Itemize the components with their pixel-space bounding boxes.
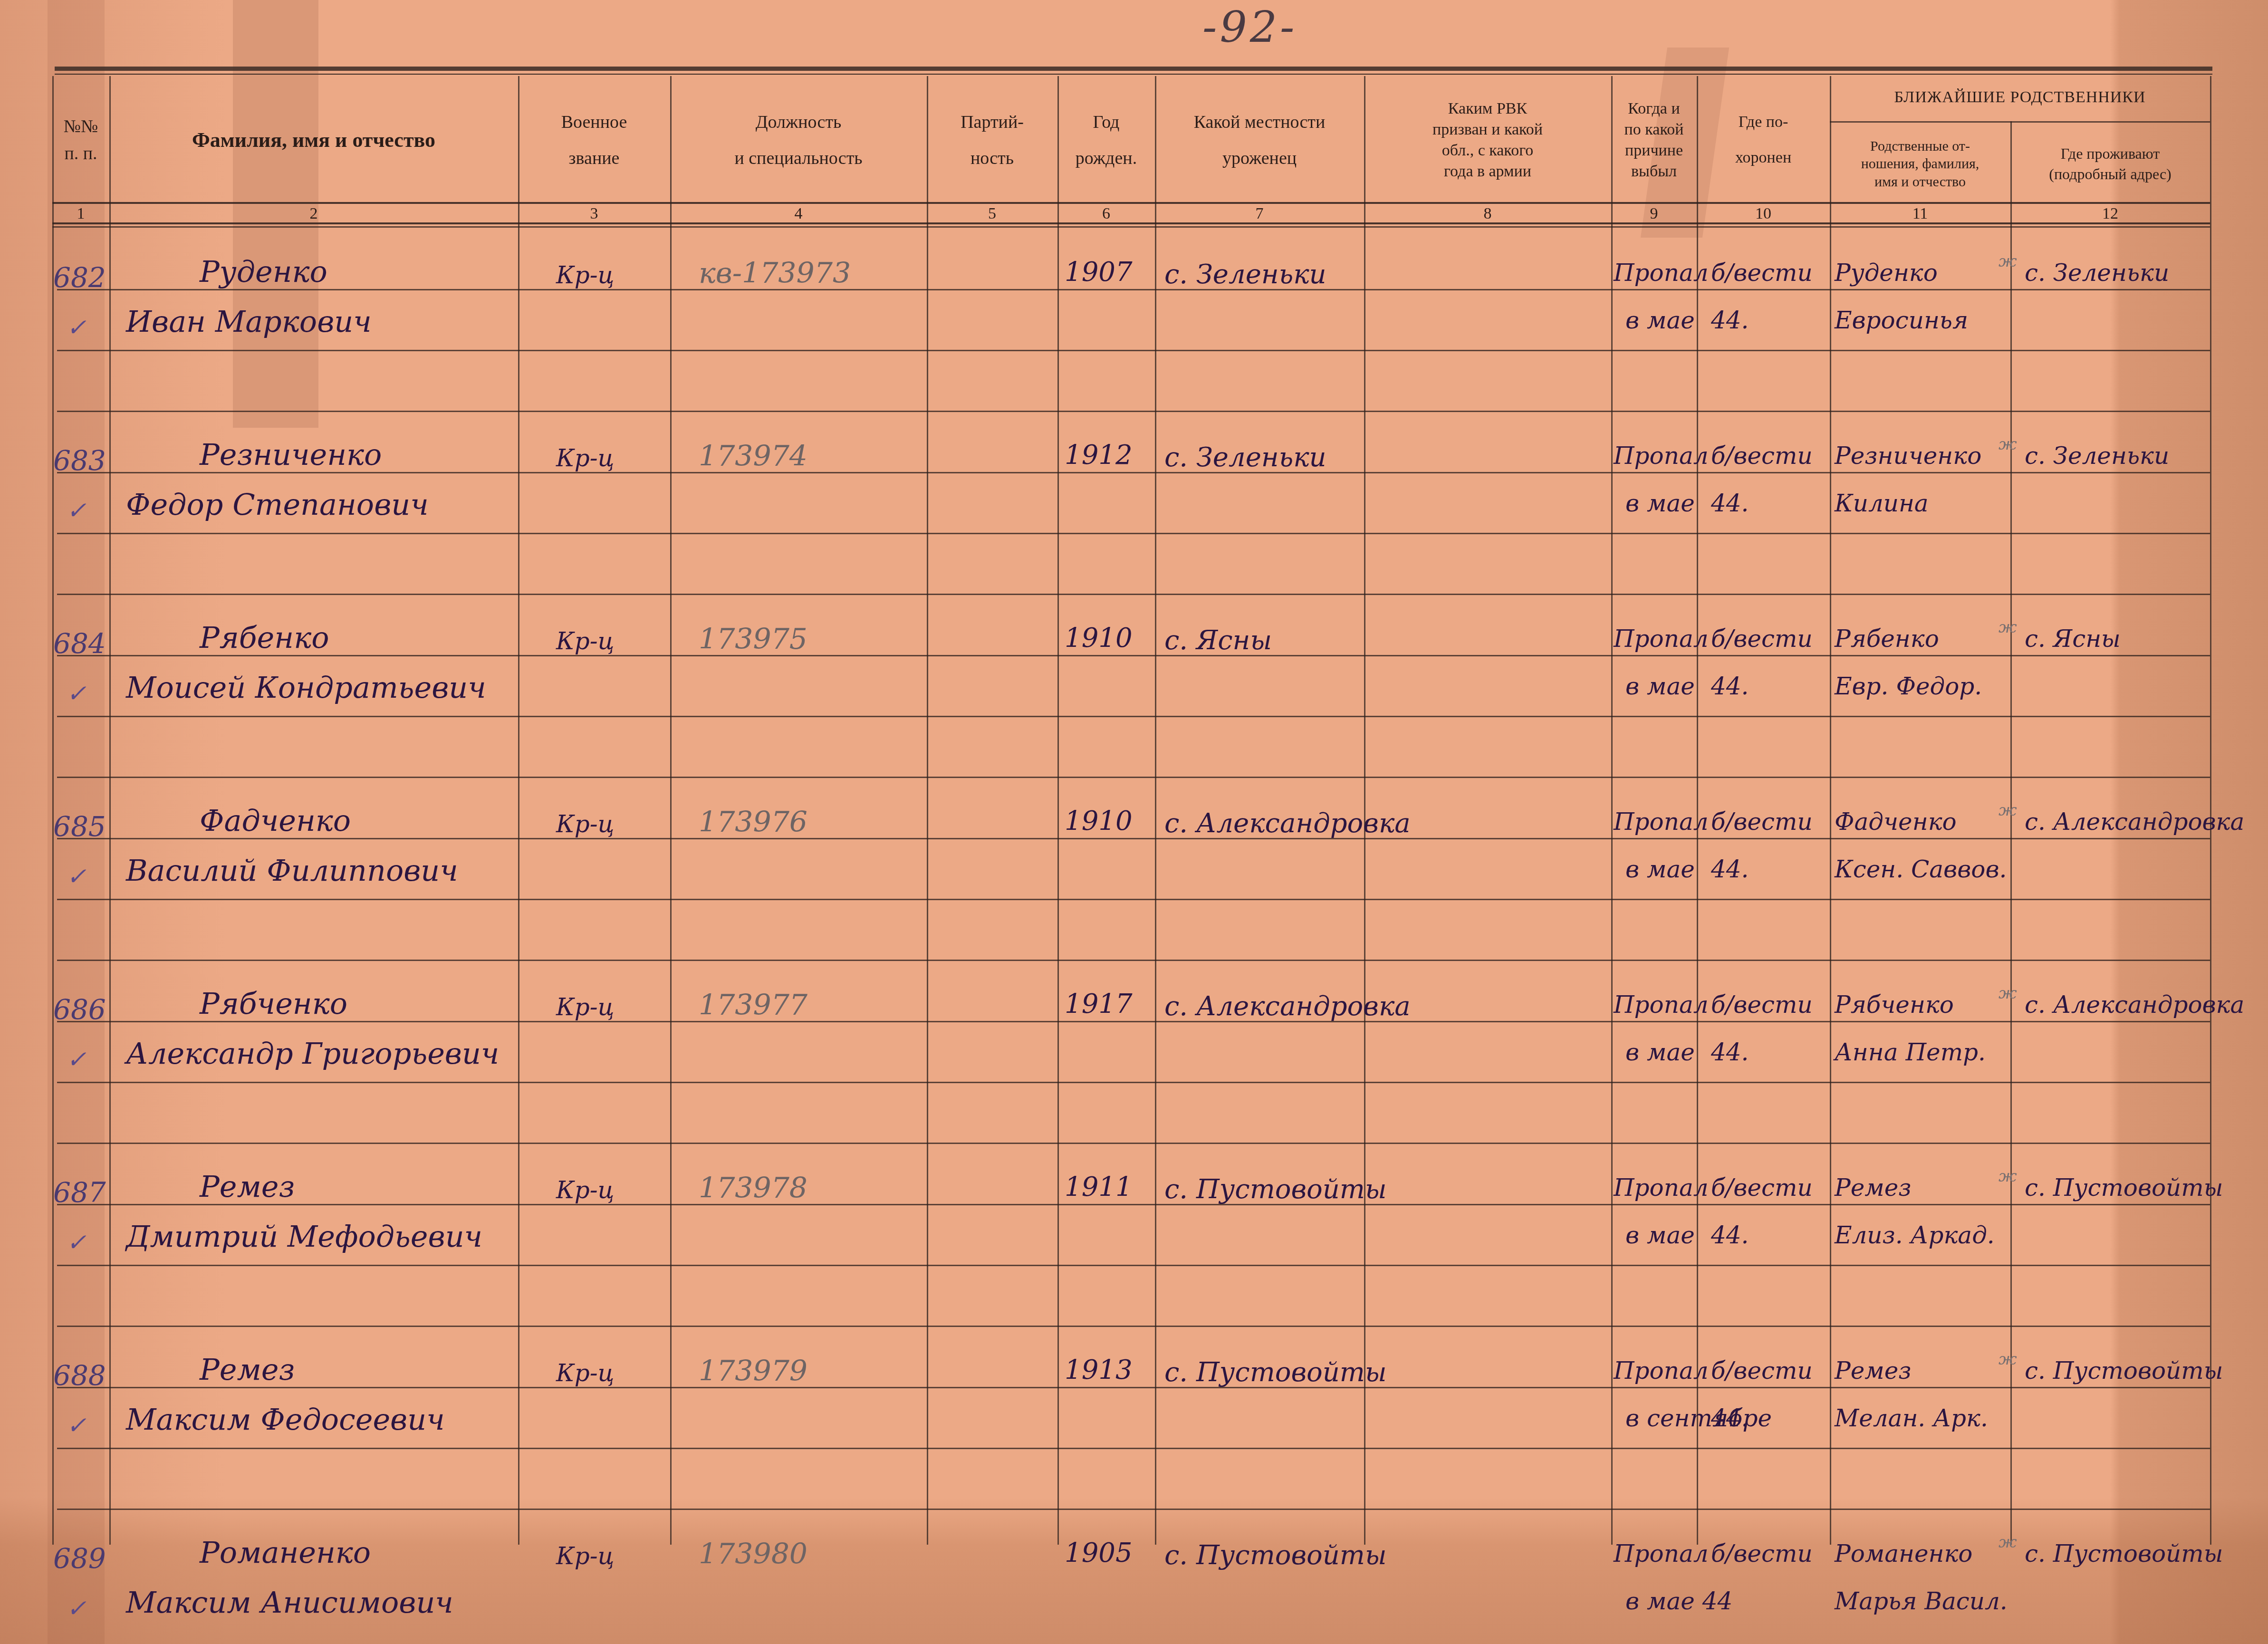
military-rank: Кр-ц — [556, 810, 615, 838]
row-divider — [57, 838, 2210, 839]
row-divider — [57, 1509, 2210, 1510]
row-number: 685 — [53, 810, 106, 843]
burial-year: 44. — [1711, 1221, 1749, 1249]
departure-date: в мае — [1625, 856, 1695, 883]
relative-name: Елиз. Аркад. — [1835, 1221, 1995, 1249]
surname: Руденко — [200, 254, 327, 289]
column-divider — [2010, 121, 2012, 1545]
position-specialty: 173976 — [699, 806, 807, 839]
checkmark-icon: ✓ — [67, 863, 86, 890]
departure-date: в сентябре — [1625, 1404, 1772, 1432]
given-name-patronymic: Моисей Кондратьевич — [126, 670, 486, 705]
row-divider — [57, 899, 2210, 900]
birthplace: с. Пустовойты — [1164, 1174, 1387, 1205]
row-divider — [52, 202, 2210, 204]
burial-place: б/вести — [1711, 991, 1813, 1019]
military-rank: Кр-ц — [556, 627, 615, 655]
row-divider — [57, 1326, 2210, 1327]
relative-name: Анна Петр. — [1835, 1038, 1986, 1066]
relation-mark: ж — [1999, 252, 2017, 271]
row-number: 682 — [53, 261, 106, 294]
birth-year: 1910 — [1065, 806, 1133, 836]
military-rank: Кр-ц — [556, 444, 615, 472]
burial-year: 44. — [1711, 673, 1749, 700]
military-rank: Кр-ц — [556, 1359, 615, 1387]
birth-year: 1912 — [1065, 440, 1133, 471]
given-name-patronymic: Василий Филиппович — [126, 853, 458, 888]
column-divider — [1057, 76, 1059, 1545]
column-divider — [670, 76, 672, 1545]
given-name-patronymic: Федор Степанович — [126, 487, 429, 522]
burial-place: б/вести — [1711, 1540, 1813, 1567]
military-rank: Кр-ц — [556, 261, 615, 289]
relative-name: Марья Васил. — [1835, 1587, 2008, 1615]
burial-place: б/вести — [1711, 625, 1813, 653]
surname: Рябченко — [200, 986, 347, 1021]
surname: Фадченко — [200, 803, 351, 838]
position-specialty: 173979 — [699, 1355, 807, 1388]
military-rank: Кр-ц — [556, 1542, 615, 1570]
column-divider — [518, 76, 519, 1545]
military-rank: Кр-ц — [556, 1176, 615, 1204]
birth-year: 1911 — [1065, 1172, 1133, 1202]
relation-mark: ж — [1999, 435, 2017, 454]
column-divider — [927, 76, 928, 1545]
checkmark-icon: ✓ — [67, 1046, 86, 1073]
column-divider — [1155, 76, 1156, 1545]
checkmark-icon: ✓ — [67, 1412, 86, 1439]
birth-year: 1917 — [1065, 989, 1133, 1019]
relative-name: Мелан. Арк. — [1835, 1404, 1988, 1432]
relative-surname: Руденко — [1835, 259, 1938, 287]
relative-address: с. Александровка — [2025, 808, 2244, 836]
given-name-patronymic: Иван Маркович — [126, 304, 372, 339]
relation-mark: ж — [1999, 1350, 2017, 1369]
given-name-patronymic: Максим Федосеевич — [126, 1402, 445, 1437]
row-divider — [57, 533, 2210, 534]
row-number: 683 — [53, 444, 106, 477]
relation-mark: ж — [1999, 618, 2017, 637]
relative-name: Ксен. Саввов. — [1835, 856, 2007, 883]
burial-place: б/вести — [1711, 1174, 1813, 1202]
row-divider — [57, 1021, 2210, 1022]
row-divider — [57, 472, 2210, 473]
row-divider — [57, 1082, 2210, 1083]
surname: Рябенко — [200, 620, 329, 655]
birth-year: 1907 — [1065, 257, 1133, 288]
row-divider — [57, 1143, 2210, 1144]
departure-reason: Пропал — [1614, 442, 1709, 470]
burial-place: б/вести — [1711, 808, 1813, 836]
row-divider — [1830, 121, 2210, 123]
position-specialty: 173977 — [699, 989, 807, 1022]
relative-address: с. Пустовойты — [2025, 1540, 2223, 1567]
departure-reason: Пропал — [1614, 1357, 1709, 1384]
row-divider — [57, 1265, 2210, 1266]
birth-year: 1910 — [1065, 623, 1133, 654]
row-divider — [57, 411, 2210, 412]
row-divider — [57, 716, 2210, 717]
birthplace: с. Александровка — [1164, 991, 1411, 1022]
departure-date: в мае — [1625, 673, 1695, 700]
burial-place: б/вести — [1711, 442, 1813, 470]
relative-name: Килина — [1835, 490, 1929, 517]
departure-date: в мае — [1625, 307, 1695, 334]
row-divider — [57, 289, 2210, 290]
departure-date: в мае — [1625, 1221, 1695, 1249]
relative-address: с. Зеленьки — [2025, 442, 2169, 470]
position-specialty: 173975 — [699, 623, 807, 656]
burial-year: 44. — [1711, 856, 1749, 883]
relation-mark: ж — [1999, 1167, 2017, 1186]
row-divider — [57, 594, 2210, 595]
position-specialty: 173980 — [699, 1538, 807, 1571]
departure-reason: Пропал — [1614, 259, 1709, 287]
surname: Ремез — [200, 1169, 295, 1204]
position-specialty: 173978 — [699, 1172, 807, 1205]
row-number: 689 — [53, 1542, 106, 1575]
birth-year: 1913 — [1065, 1355, 1133, 1385]
checkmark-icon: ✓ — [67, 680, 86, 707]
checkmark-icon: ✓ — [67, 1229, 86, 1256]
birthplace: с. Пустовойты — [1164, 1357, 1387, 1388]
surname: Романенко — [200, 1535, 371, 1570]
column-divider — [109, 76, 111, 1545]
column-divider — [1611, 76, 1613, 1545]
birthplace: с. Александровка — [1164, 808, 1411, 839]
relative-address: с. Пустовойты — [2025, 1357, 2223, 1384]
row-number: 686 — [53, 993, 106, 1026]
relative-surname: Ремез — [1835, 1174, 1912, 1202]
row-number: 687 — [53, 1176, 106, 1209]
burial-place: б/вести — [1711, 259, 1813, 287]
birthplace: с. Зеленьки — [1164, 442, 1326, 473]
row-divider — [57, 350, 2210, 351]
row-divider — [52, 222, 2210, 224]
relative-name: Евросинья — [1835, 307, 1968, 334]
departure-date: в мае 44 — [1625, 1587, 1732, 1615]
row-divider — [57, 777, 2210, 778]
given-name-patronymic: Александр Григорьевич — [126, 1036, 499, 1071]
row-divider — [57, 1448, 2210, 1449]
departure-date: в мае — [1625, 490, 1695, 517]
column-divider — [1830, 76, 1831, 1545]
burial-place: б/вести — [1711, 1357, 1813, 1384]
relative-address: с. Александровка — [2025, 991, 2244, 1019]
relative-surname: Резниченко — [1835, 442, 1981, 470]
relative-address: с. Ясны — [2025, 625, 2121, 653]
row-divider — [57, 655, 2210, 656]
departure-reason: Пропал — [1614, 808, 1709, 836]
row-divider — [57, 960, 2210, 961]
surname: Ремез — [200, 1352, 295, 1387]
given-name-patronymic: Максим Анисимович — [126, 1585, 453, 1620]
birthplace: с. Зеленьки — [1164, 259, 1326, 290]
burial-year: 44. — [1711, 490, 1749, 517]
military-rank: Кр-ц — [556, 993, 615, 1021]
checkmark-icon: ✓ — [67, 314, 86, 341]
burial-year: 44. — [1711, 307, 1749, 334]
burial-year: 44. — [1711, 1404, 1749, 1432]
row-divider — [52, 226, 2210, 228]
relative-surname: Ремез — [1835, 1357, 1912, 1384]
birth-year: 1905 — [1065, 1538, 1133, 1568]
birthplace: с. Ясны — [1164, 625, 1272, 656]
checkmark-icon: ✓ — [67, 497, 86, 524]
relative-address: с. Пустовойты — [2025, 1174, 2223, 1202]
row-number: 684 — [53, 627, 106, 660]
relation-mark: ж — [1999, 1533, 2017, 1552]
relative-surname: Рябченко — [1835, 991, 1954, 1019]
row-divider — [57, 1387, 2210, 1388]
surname: Резниченко — [200, 437, 382, 472]
relative-surname: Фадченко — [1835, 808, 1957, 836]
relative-address: с. Зеленьки — [2025, 259, 2169, 287]
relation-mark: ж — [1999, 984, 2017, 1003]
relative-surname: Романенко — [1835, 1540, 1972, 1567]
given-name-patronymic: Дмитрий Мефодьевич — [126, 1219, 482, 1254]
relation-mark: ж — [1999, 801, 2017, 820]
position-specialty: 173974 — [699, 440, 807, 473]
row-divider — [57, 1204, 2210, 1205]
departure-date: в мае — [1625, 1038, 1695, 1066]
departure-reason: Пропал — [1614, 991, 1709, 1019]
row-number: 688 — [53, 1359, 106, 1392]
departure-reason: Пропал — [1614, 1540, 1709, 1567]
checkmark-icon: ✓ — [67, 1595, 86, 1622]
burial-year: 44. — [1711, 1038, 1749, 1066]
position-specialty: кв-173973 — [699, 257, 851, 290]
departure-reason: Пропал — [1614, 625, 1709, 653]
birthplace: с. Пустовойты — [1164, 1540, 1387, 1571]
departure-reason: Пропал — [1614, 1174, 1709, 1202]
relative-surname: Рябенко — [1835, 625, 1939, 653]
relative-name: Евр. Федор. — [1835, 673, 1982, 700]
